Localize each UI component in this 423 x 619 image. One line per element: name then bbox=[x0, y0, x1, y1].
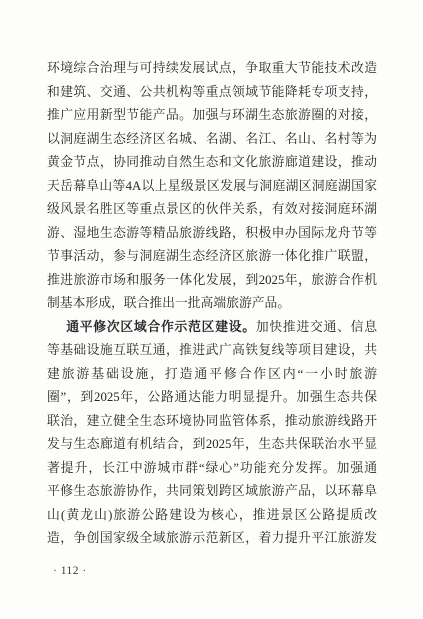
text-line: 天岳幕阜山等4A以上星级景区发展与洞庭湖区洞庭湖国家 bbox=[47, 175, 377, 199]
section-run-in-heading: 通平修次区域合作示范区建设。 bbox=[66, 320, 256, 334]
page-number: · 112 · bbox=[53, 565, 87, 577]
text-line: 等基础设施互联互通，推进武广高铁复线等项目建设，共 bbox=[47, 339, 377, 363]
text-line: 造，争创国家级全域旅游示范新区，着力提升平江旅游发 bbox=[47, 527, 377, 551]
text-line: 和建筑、交通、公共机构等重点领域节能降耗专项支持， bbox=[47, 81, 377, 105]
text-line: 著提升，长江中游城市群“绿心”功能充分发挥。加强通 bbox=[47, 457, 377, 481]
text-line: 平修生态旅游协作，共同策划跨区域旅游产品，以环幕阜 bbox=[47, 480, 377, 504]
paragraph-continuation: 环境综合治理与可持续发展试点，争取重大节能技术改造 和建筑、交通、公共机构等重点… bbox=[47, 57, 377, 316]
text-line: 推广应用新型节能产品。加强与环湖生态旅游圈的对接， bbox=[47, 104, 377, 128]
lead-line-rest: 加快推进交通、信息 bbox=[256, 320, 377, 334]
text-line: 发与生态廊道有机结合，到2025年，生态共保联治水平显 bbox=[47, 433, 377, 457]
paragraph-tongpingxiu-section: 通平修次区域合作示范区建设。加快推进交通、信息 等基础设施互联互通，推进武广高铁… bbox=[47, 316, 377, 551]
text-line: 节事活动，参与洞庭湖生态经济区旅游一体化推广联盟， bbox=[47, 245, 377, 269]
text-line: 建旅游基础设施，打造通平修合作区内“一小时旅游 bbox=[47, 363, 377, 387]
text-line: 黄金节点，协同推动自然生态和文化旅游廊道建设，推动 bbox=[47, 151, 377, 175]
document-page: 环境综合治理与可持续发展试点，争取重大节能技术改造 和建筑、交通、公共机构等重点… bbox=[0, 0, 423, 619]
text-line: 游、湿地生态游等精品旅游线路，积极申办国际龙舟节等 bbox=[47, 222, 377, 246]
text-line: 推进旅游市场和服务一体化发展，到2025年，旅游合作机 bbox=[47, 269, 377, 293]
text-line: 级风景名胜区等重点景区的伙伴关系，有效对接洞庭环湖 bbox=[47, 198, 377, 222]
text-line: 通平修次区域合作示范区建设。加快推进交通、信息 bbox=[47, 316, 377, 340]
text-line: 制基本形成，联合推出一批高端旅游产品。 bbox=[47, 292, 377, 316]
text-line: 圈”，到2025年，公路通达能力明显提升。加强生态共保 bbox=[47, 386, 377, 410]
text-line: 环境综合治理与可持续发展试点，争取重大节能技术改造 bbox=[47, 57, 377, 81]
text-line: 山(黄龙山)旅游公路建设为核心，推进景区公路提质改 bbox=[47, 504, 377, 528]
text-block: 环境综合治理与可持续发展试点，争取重大节能技术改造 和建筑、交通、公共机构等重点… bbox=[47, 57, 377, 551]
text-line: 联治，建立健全生态环境协同监管体系，推动旅游线路开 bbox=[47, 410, 377, 434]
text-line: 以洞庭湖生态经济区名城、名湖、名江、名山、名村等为 bbox=[47, 128, 377, 152]
